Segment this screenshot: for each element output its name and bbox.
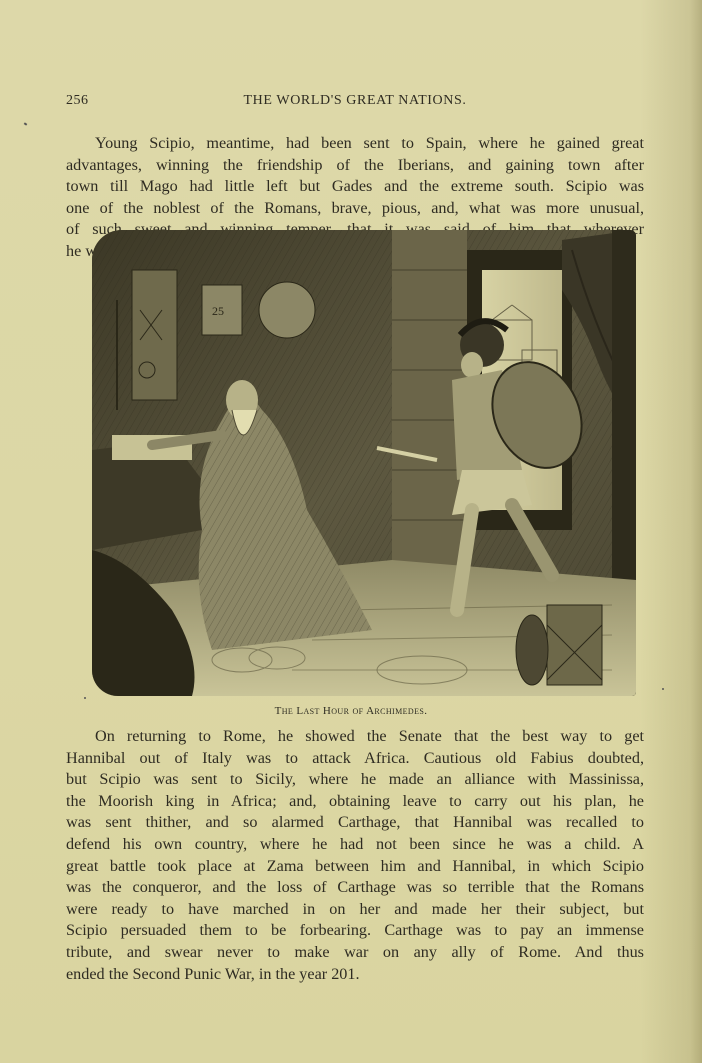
stray-ink-dot [84,697,86,699]
engraving-image: 25 [92,230,636,696]
text-line: town till Mago had little left but Gades… [66,176,644,198]
figure-caption: The Last Hour of Archimedes. [0,705,702,717]
text-line: one of the noblest of the Romans, brave,… [66,198,644,220]
text-line: great battle took place at Zama between … [66,856,644,878]
text-line: Hannibal out of Italy was to attack Afri… [66,748,644,770]
text-line: Young Scipio, meantime, had been sent to… [66,133,644,155]
text-line: tribute, and swear never to make war on … [66,942,644,964]
text-line: On returning to Rome, he showed the Sena… [66,726,644,748]
text-line: ended the Second Punic War, in the year … [66,964,644,986]
paragraph-scipio-africa: On returning to Rome, he showed the Sena… [66,726,644,985]
running-title: THE WORLD'S GREAT NATIONS. [66,93,644,109]
text-line: Scipio persuaded them to be forbearing. … [66,920,644,942]
text-line: was sent thither, and so alarmed Carthag… [66,812,644,834]
stray-ink-mark [24,122,28,125]
text-line: but Scipio was sent to Sicily, where he … [66,769,644,791]
text-line: defend his own country, where he had not… [66,834,644,856]
text-line: the Moorish king in Africa; and, obtaini… [66,791,644,813]
running-head: 256 THE WORLD'S GREAT NATIONS. [66,93,644,113]
text-line: advantages, winning the friendship of th… [66,155,644,177]
text-line: was the conqueror, and the loss of Carth… [66,877,644,899]
stray-ink-dot [662,688,664,690]
illustration-last-hour-of-archimedes: 25 [92,230,636,696]
book-page: 256 THE WORLD'S GREAT NATIONS. Young Sci… [0,0,702,1063]
text-line: were ready to have marched in on her and… [66,899,644,921]
svg-text:25: 25 [212,304,224,318]
